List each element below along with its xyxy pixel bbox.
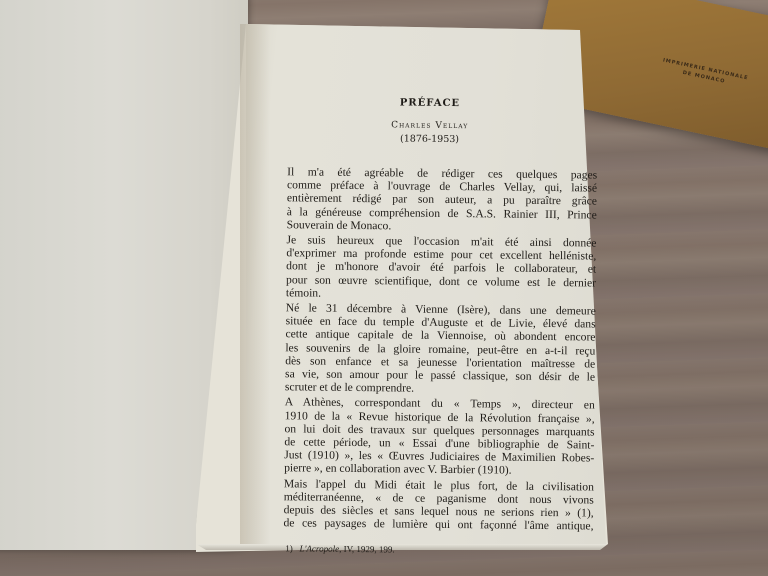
- footnote-marker: 1): [285, 544, 293, 554]
- page-title: PRÉFACE: [260, 96, 600, 111]
- background-book-cover-text: Imprimerie Nationale de Monaco: [644, 53, 765, 94]
- footnote-source: L'Acropole: [299, 544, 339, 554]
- text-line: pierre », en collaboration avec V. Barbi…: [268, 462, 594, 479]
- paragraph: Je suis heureux que l'occasion m'ait été…: [270, 233, 597, 302]
- page-text: PRÉFACE Charles Vellay (1876-1953) Il m'…: [255, 96, 600, 557]
- paragraph: Mais l'appel du Midi était le plus fort,…: [267, 477, 594, 533]
- paragraph: A Athènes, correspondant du « Temps », d…: [268, 396, 595, 479]
- paragraph: Il m'a été agréable de rédiger ces quelq…: [271, 165, 598, 234]
- text-line: de ces paysages de lumière qui ont façon…: [267, 516, 593, 533]
- preface-body: Il m'a été agréable de rédiger ces quelq…: [255, 165, 597, 533]
- footnote-details: , IV, 1929, 199.: [339, 544, 395, 555]
- author-name: Charles Vellay: [260, 119, 600, 133]
- paragraph: Né le 31 décembre à Vienne (Isère), dans…: [269, 301, 596, 397]
- author-dates: (1876-1953): [260, 132, 600, 147]
